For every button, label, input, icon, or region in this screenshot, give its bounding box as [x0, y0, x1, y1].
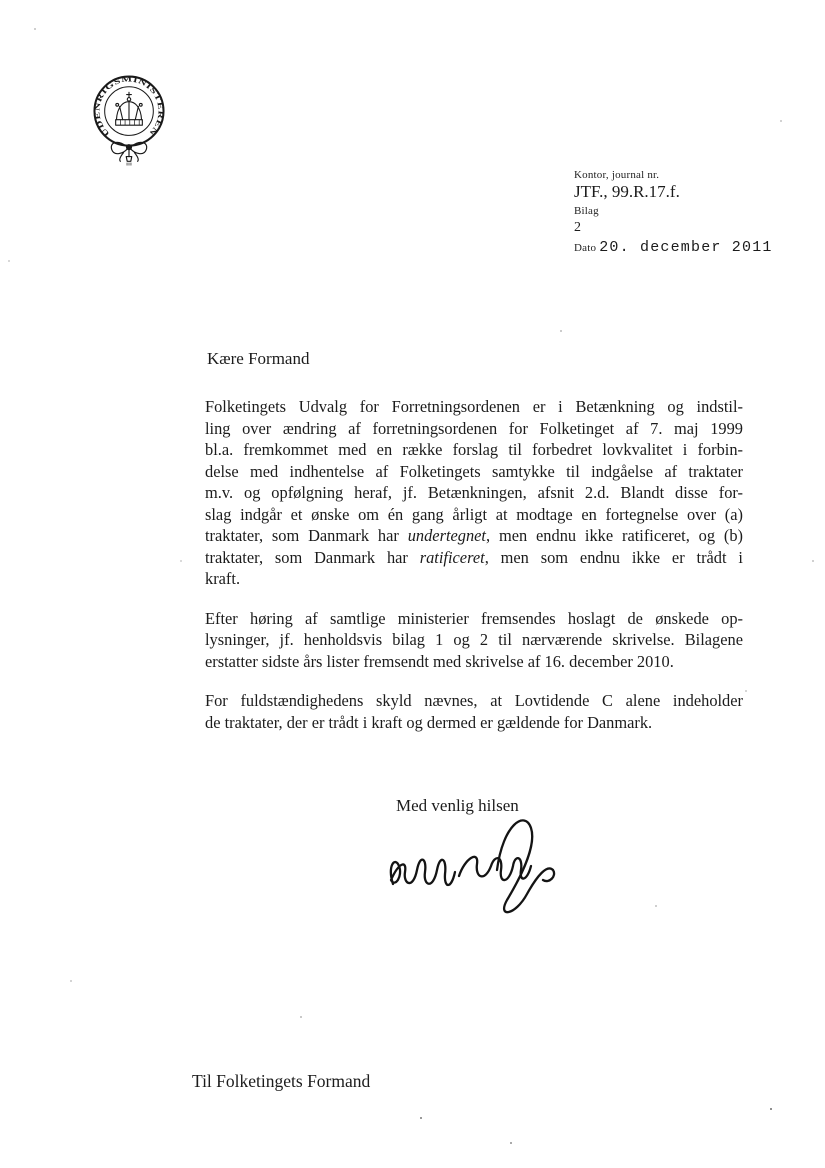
date-value: 20. december 2011 — [599, 240, 772, 256]
paragraph-line: de traktater, der er trådt i kraft og de… — [205, 712, 743, 734]
paragraph-line: delse med indhentelse af Folketingets sa… — [205, 461, 743, 483]
bilag-label: Bilag — [574, 206, 804, 218]
paragraph-line: slag indgår et ønske om én gang årligt a… — [205, 504, 743, 526]
paragraph: Folketingets Udvalg for Forretningsorden… — [205, 396, 743, 590]
recipient-line: Til Folketingets Formand — [192, 1071, 370, 1092]
signature — [385, 806, 565, 928]
paragraph-line: Folketingets Udvalg for Forretningsorden… — [205, 396, 743, 418]
ministry-seal-icon: UDENRIGSMINISTEREN — [78, 74, 180, 167]
paragraph-line: erstatter sidste års lister fremsendt me… — [205, 651, 743, 673]
paragraph-line: bl.a. fremkommet med en række forslag ti… — [205, 439, 743, 461]
scanned-letter-page: UDENRIGSMINISTEREN Kontor — [0, 0, 825, 1168]
paragraph-line: kraft. — [205, 568, 743, 590]
scan-noise — [0, 0, 2, 2]
journal-number-value: JTF., 99.R.17.f. — [574, 183, 804, 201]
paragraph-line: Efter høring af samtlige ministerier fre… — [205, 608, 743, 630]
paragraph-line: m.v. og opfølgning heraf, jf. Betænkning… — [205, 482, 743, 504]
date-label: Dato — [574, 243, 596, 255]
ribbon-bow-icon — [111, 142, 146, 165]
salutation: Kære Formand — [207, 349, 309, 369]
paragraph-line: ling over ændring af forretningsordenen … — [205, 418, 743, 440]
paragraph-line: lysninger, jf. henholdsvis bilag 1 og 2 … — [205, 629, 743, 651]
letter-body: Folketingets Udvalg for Forretningsorden… — [205, 396, 743, 751]
paragraph-line: For fuldstændighedens skyld nævnes, at L… — [205, 690, 743, 712]
journal-number-label: Kontor, journal nr. — [574, 170, 804, 182]
paragraph: For fuldstændighedens skyld nævnes, at L… — [205, 690, 743, 733]
paragraph-line: traktater, som Danmark har ratificeret, … — [205, 547, 743, 569]
date-row: Dato 20. december 2011 — [574, 240, 804, 256]
journal-header: Kontor, journal nr. JTF., 99.R.17.f. Bil… — [574, 170, 804, 255]
paragraph-line: traktater, som Danmark har undertegnet, … — [205, 525, 743, 547]
paragraph: Efter høring af samtlige ministerier fre… — [205, 608, 743, 673]
bilag-value: 2 — [574, 221, 804, 236]
crown-icon — [116, 92, 143, 125]
